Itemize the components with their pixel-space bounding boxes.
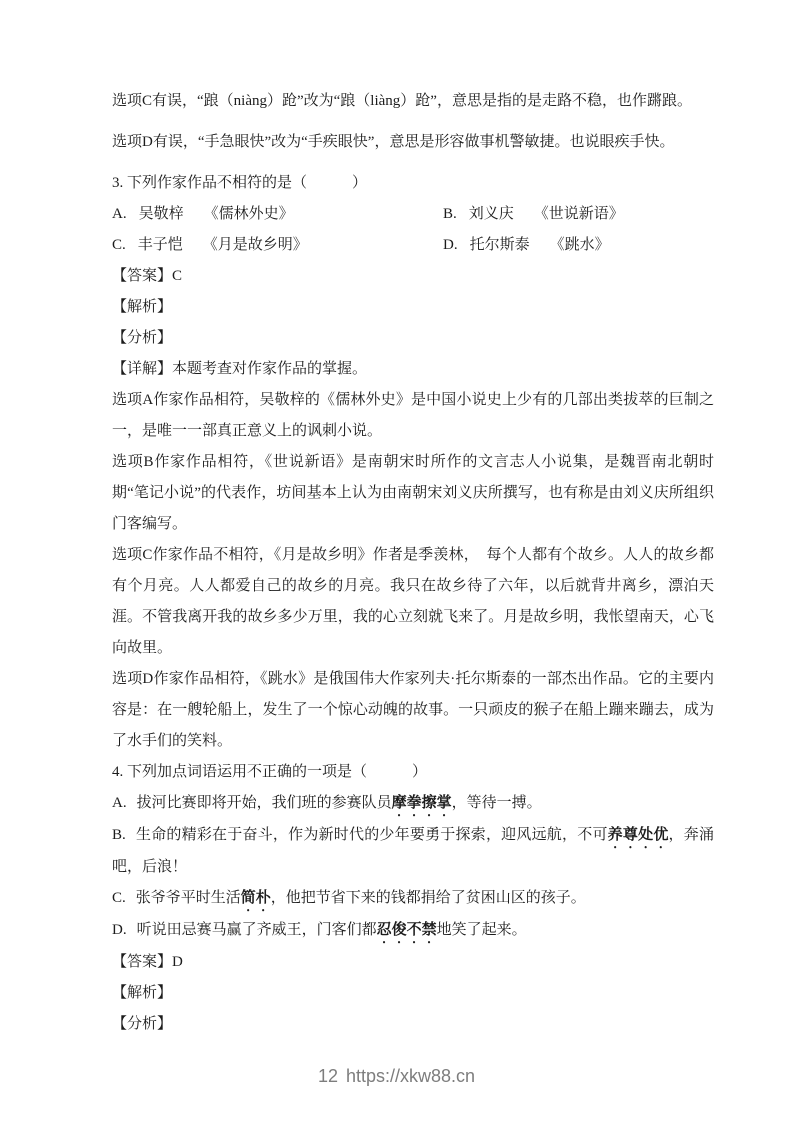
question3-option-d: D. 托尔斯泰 《跳水》 (443, 230, 714, 261)
exam-document-page: 选项C有误，“踉（niàng）跄”改为“踉（liàng）跄”，意思是指的是走路不… (0, 0, 793, 1122)
question4-stem: 4. 下列加点词语运用不正确的一项是（ ） (112, 757, 714, 788)
question3-fenxi-line: 【分析】 (112, 323, 714, 354)
option-author: 吴敬梓 (139, 199, 184, 230)
option-author: 托尔斯泰 (470, 230, 530, 261)
question3-jiexi-line: 【解析】 (112, 292, 714, 323)
option-text-post: ，等待一搏。 (452, 795, 542, 811)
question3-options: A. 吴敬梓 《儒林外史》 B. 刘义庆 《世说新语》 C. 丰子恺 《月是故乡… (112, 199, 714, 261)
option-work: 《世说新语》 (534, 199, 624, 230)
question4-option-b: B.生命的精彩在于奋斗，作为新时代的少年要勇于探索，迎风远航，不可养尊处优，奔涌… (112, 820, 714, 883)
option-text-post: 地笑了起来。 (437, 922, 527, 938)
question3-detail-intro-line: 【详解】本题考查对作家作品的掌握。 (112, 354, 714, 385)
document-body: 选项C有误，“踉（niàng）跄”改为“踉（liàng）跄”，意思是指的是走路不… (112, 86, 714, 1040)
option-text-pre: 拔河比赛即将开始，我们班的参赛队员 (137, 795, 392, 811)
option-label: A. (112, 795, 127, 811)
answer-bracket-label: 【答案】 (112, 268, 172, 284)
option-label: B. (443, 199, 457, 230)
prev-analysis-line-d: 选项D有误，“手急眼快”改为“手疾眼快”，意思是形容做事机警敏捷。也说眼疾手快。 (112, 127, 714, 158)
footer-url: https://xkw88.cn (346, 1064, 475, 1088)
emphasized-idiom: 摩拳擦掌 (392, 795, 452, 811)
option-label: D. (112, 922, 127, 938)
option-text-pre: 生命的精彩在于奋斗，作为新时代的少年要勇于探索，迎风远航，不可 (136, 827, 608, 843)
question3-option-b: B. 刘义庆 《世说新语》 (443, 199, 714, 230)
question3-answer-line: 【答案】C (112, 261, 714, 292)
option-label: A. (112, 199, 127, 230)
option-text-post: ，他把节省下来的钱都捐给了贫困山区的孩子。 (271, 890, 586, 906)
question4-jiexi-line: 【解析】 (112, 978, 714, 1009)
question4-answer-line: 【答案】D (112, 947, 714, 978)
detail-bracket-label: 【详解】 (112, 361, 172, 377)
question3-option-a: A. 吴敬梓 《儒林外史》 (112, 199, 443, 230)
emphasized-idiom: 简朴 (241, 890, 271, 906)
question4-option-c: C.张爷爷平时生活简朴，他把节省下来的钱都捐给了贫困山区的孩子。 (112, 883, 714, 915)
option-label: C. (112, 230, 126, 261)
option-text-pre: 听说田忌赛马赢了齐威王，门客们都 (137, 922, 377, 938)
option-text-pre: 张爷爷平时生活 (136, 890, 241, 906)
option-author: 丰子恺 (138, 230, 183, 261)
answer-bracket-label: 【答案】 (112, 954, 172, 970)
answer-value: D (172, 954, 183, 970)
option-label: D. (443, 230, 458, 261)
option-work: 《儒林外史》 (204, 199, 294, 230)
question3-detail-option-d: 选项D作家作品相符，《跳水》是俄国伟大作家列夫·托尔斯泰的一部杰出作品。它的主要… (112, 664, 714, 757)
option-work: 《月是故乡明》 (203, 230, 308, 261)
question4-fenxi-line: 【分析】 (112, 1009, 714, 1040)
question3-detail-option-b: 选项B作家作品相符，《世说新语》是南朝宋时所作的文言志人小说集，是魏晋南北朝时期… (112, 447, 714, 540)
answer-value: C (172, 268, 182, 284)
question4-option-a: A.拔河比赛即将开始，我们班的参赛队员摩拳擦掌，等待一搏。 (112, 788, 714, 820)
question3-option-c: C. 丰子恺 《月是故乡明》 (112, 230, 443, 261)
emphasized-idiom: 养尊处优 (608, 827, 669, 843)
option-label: C. (112, 890, 126, 906)
question3-stem: 3. 下列作家作品不相符的是（ ） (112, 168, 714, 199)
page-footer: 12 https://xkw88.cn (0, 1064, 793, 1088)
page-number: 12 (318, 1064, 338, 1088)
option-author: 刘义庆 (469, 199, 514, 230)
question3-detail-option-a: 选项A作家作品相符，吴敬梓的《儒林外史》是中国小说史上少有的几部出类拔萃的巨制之… (112, 385, 714, 447)
detail-intro-text: 本题考查对作家作品的掌握。 (172, 361, 367, 377)
question4-option-d: D.听说田忌赛马赢了齐威王，门客们都忍俊不禁地笑了起来。 (112, 915, 714, 947)
prev-analysis-line-c: 选项C有误，“踉（niàng）跄”改为“踉（liàng）跄”，意思是指的是走路不… (112, 86, 714, 117)
question3-detail-option-c: 选项C作家作品不相符，《月是故乡明》作者是季羡林， 每个人都有个故乡。人人的故乡… (112, 540, 714, 664)
option-work: 《跳水》 (550, 230, 610, 261)
emphasized-idiom: 忍俊不禁 (377, 922, 437, 938)
option-label: B. (112, 827, 126, 843)
